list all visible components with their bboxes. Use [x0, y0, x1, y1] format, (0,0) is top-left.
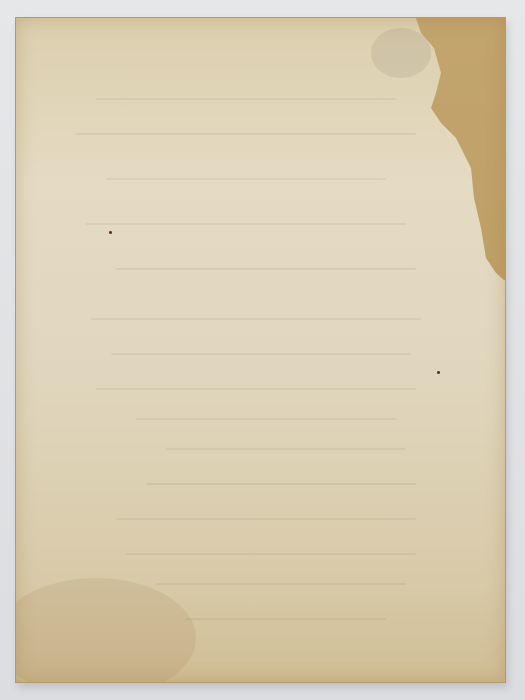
foxing-spot — [437, 371, 440, 374]
paper-sheet — [15, 17, 506, 683]
smudge — [371, 28, 431, 78]
torn-top-layer — [16, 18, 505, 682]
foxing-spot — [109, 231, 112, 234]
